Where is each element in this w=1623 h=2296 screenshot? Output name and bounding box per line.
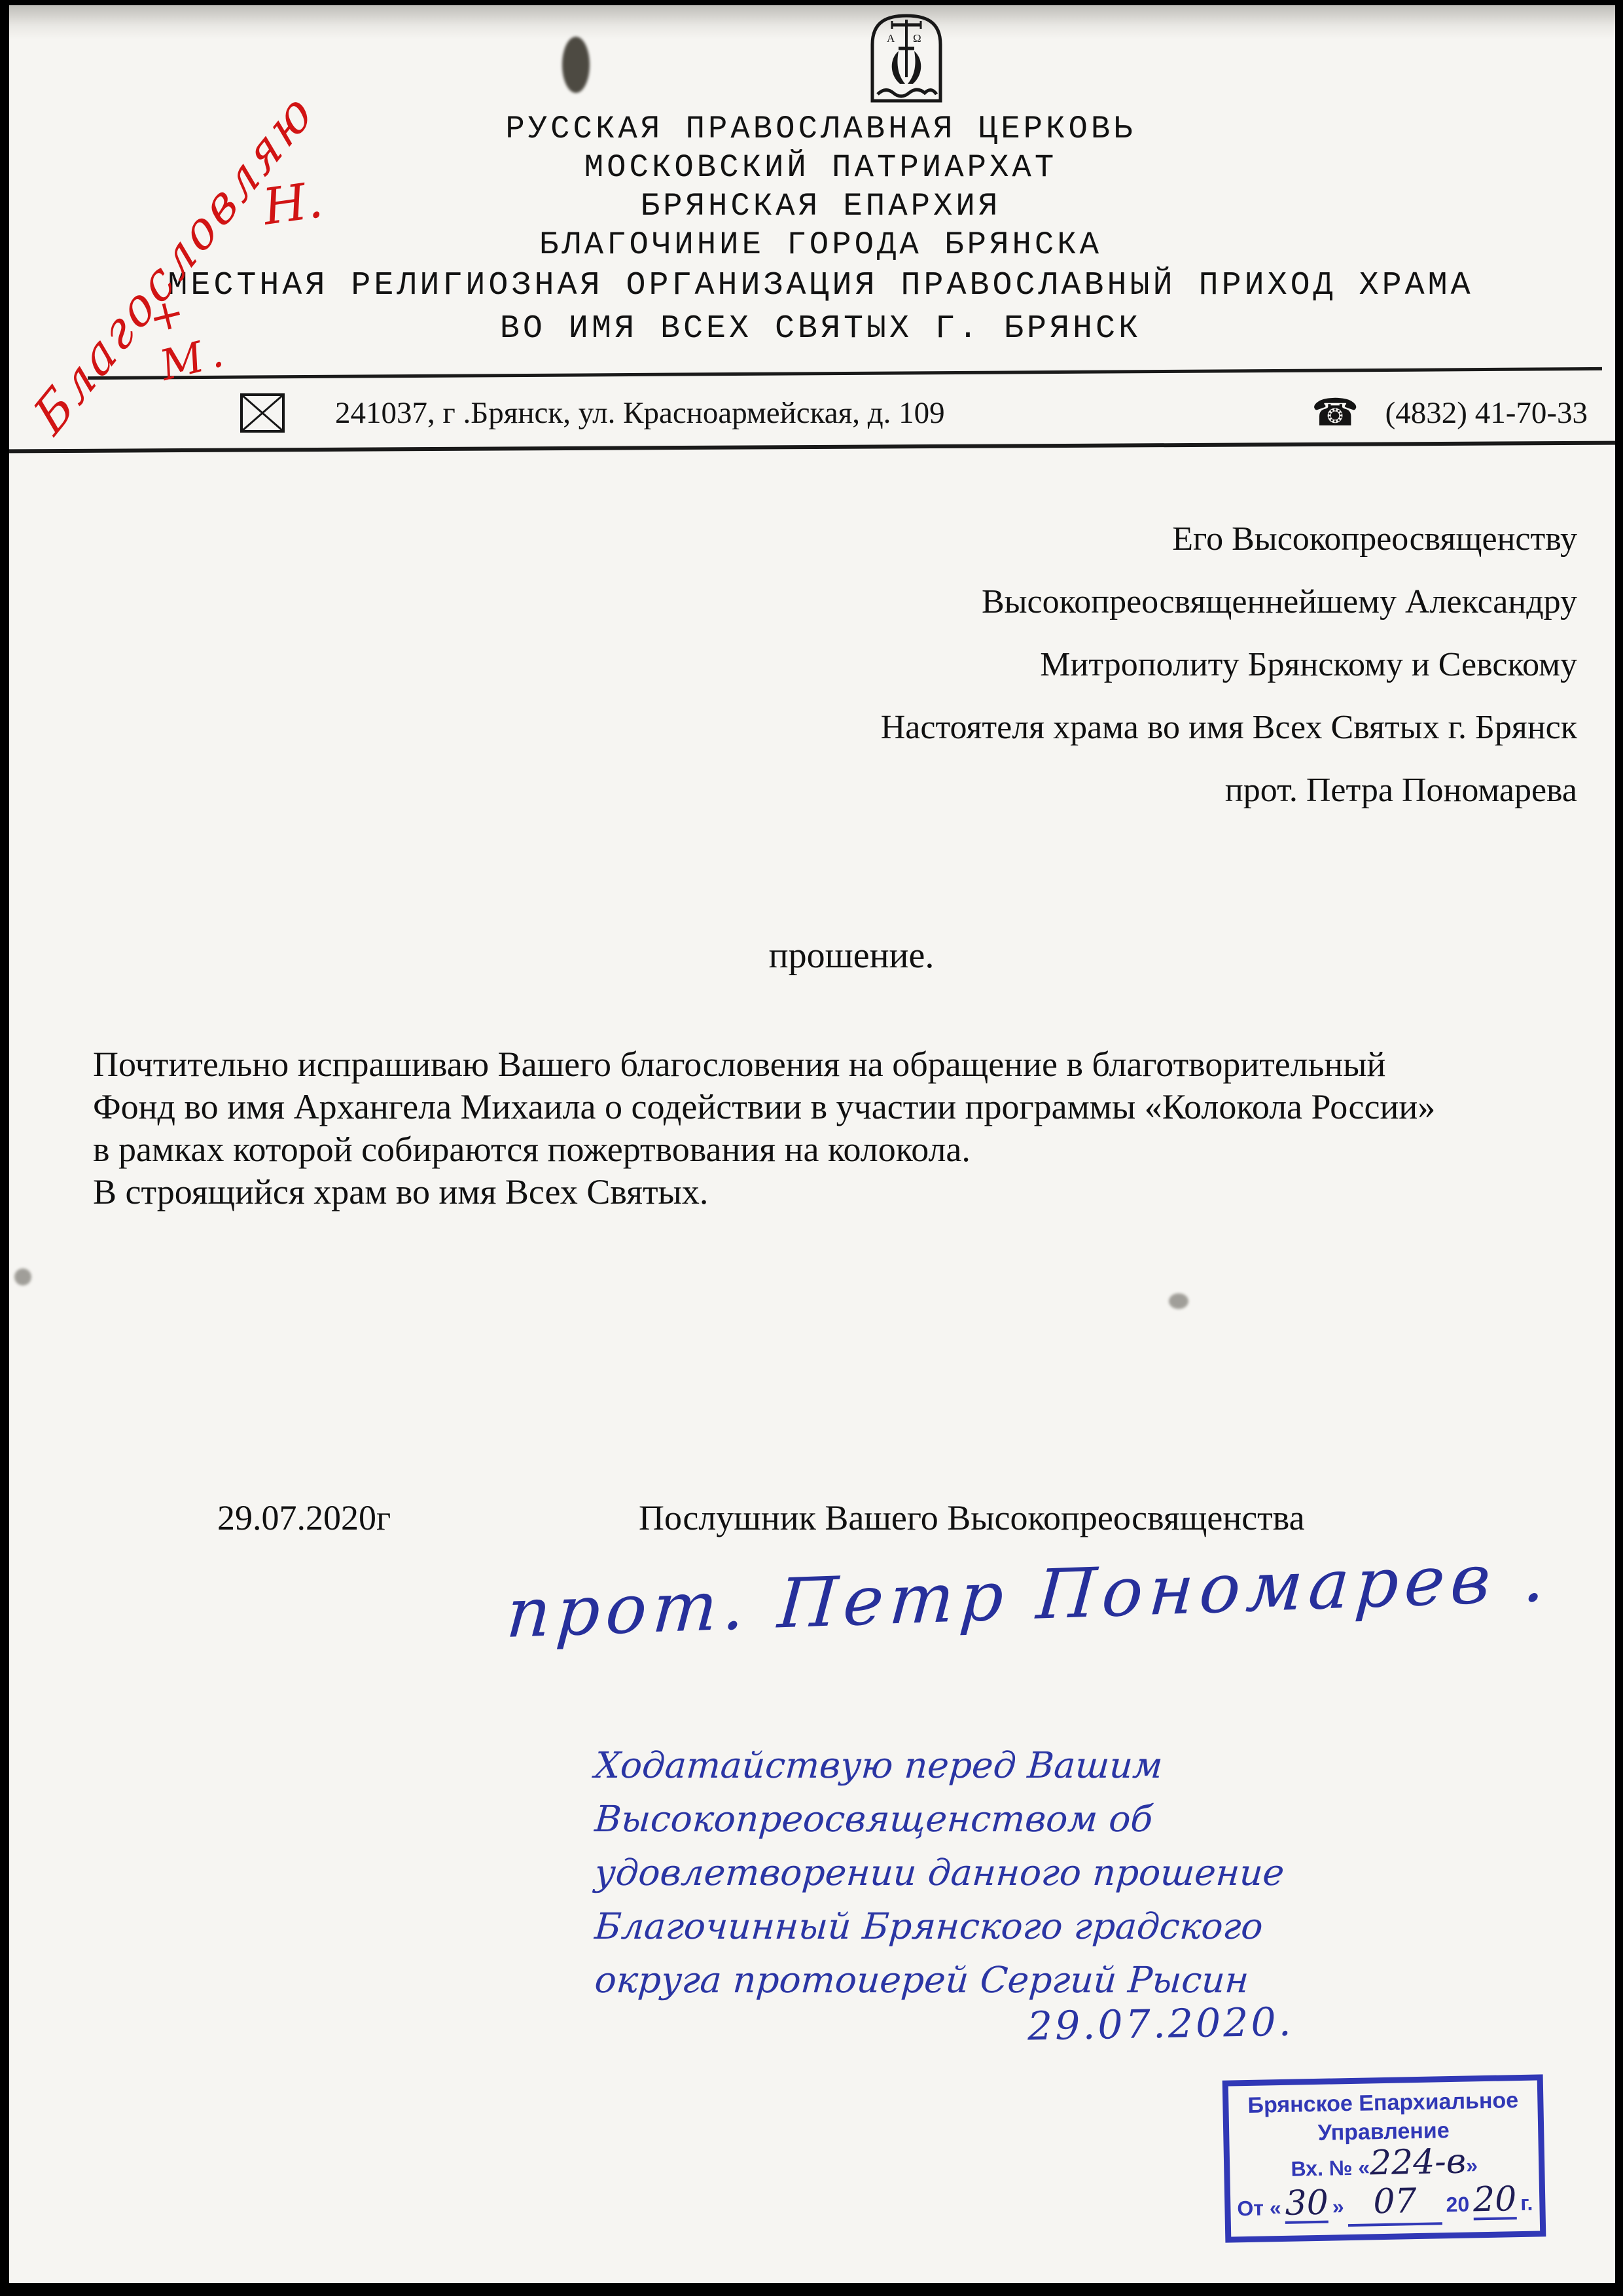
scan-speck	[14, 1268, 31, 1285]
letterhead-line: МЕСТНАЯ РЕЛИГИОЗНАЯ ОРГАНИЗАЦИЯ ПРАВОСЛА…	[101, 264, 1541, 308]
endorsement-line: округа протоиерей Сергий Рысин	[593, 1953, 1286, 2007]
horizontal-rule	[88, 367, 1602, 380]
postal-address: 241037, г .Брянск, ул. Красноармейская, …	[335, 395, 945, 431]
addressee-line: Настоятеля храма во имя Всех Святых г. Б…	[596, 696, 1577, 759]
document-title: прошение.	[9, 935, 1615, 977]
stamp-year-handwritten: 20	[1473, 2181, 1517, 2220]
stamp-in-label: Вх. № «	[1291, 2155, 1370, 2180]
stamp-day-handwritten: 30	[1285, 2185, 1329, 2224]
stamp-in-number-handwritten: 224-в	[1369, 2142, 1466, 2183]
addressee-line: прот. Петра Пономарева	[596, 759, 1577, 822]
endorsement-date: 29.07.2020.	[1027, 1999, 1294, 2049]
phone-number: (4832) 41-70-33	[1385, 395, 1588, 431]
scanned-letter: А Ω РУССКАЯ ПРАВОСЛАВНАЯ ЦЕРКОВЬ МОСКОВС…	[0, 0, 1623, 2296]
stamp-year-suffix: г.	[1520, 2185, 1533, 2221]
resolution-initial-mark: Н.	[259, 170, 326, 236]
stamp-org-line: Брянское Епархиальное	[1235, 2086, 1531, 2121]
diocesan-registration-stamp: Брянское Епархиальное Управление Вх. № «…	[1222, 2074, 1546, 2242]
stamp-date-row: От «30» 07 2020г.	[1237, 2181, 1533, 2229]
letterhead-line: ВО ИМЯ ВСЕХ СВЯТЫХ Г. БРЯНСК	[101, 308, 1541, 351]
stamp-year-printed: 20	[1446, 2187, 1470, 2223]
contact-row: 241037, г .Брянск, ул. Красноармейская, …	[9, 390, 1615, 442]
phone-icon: ☎	[1311, 390, 1359, 435]
endorsement-line: Высокопреосвященством об	[593, 1792, 1286, 1846]
stamp-day-suffix: »	[1332, 2189, 1344, 2224]
church-emblem-icon: А Ω	[867, 12, 946, 103]
stamp-month-handwritten: 07	[1373, 2181, 1417, 2221]
addressee-block: Его Высокопреосвященству Высокопреосвяще…	[596, 508, 1577, 822]
addressee-line: Его Высокопреосвященству	[596, 508, 1577, 571]
petitioner-signature: прот. Петр Пономарев .	[504, 1537, 1554, 1653]
horizontal-rule	[9, 441, 1615, 454]
addressee-line: Митрополиту Брянскому и Севскому	[596, 634, 1577, 696]
signer-title: Послушник Вашего Высокопреосвященства	[639, 1498, 1305, 1538]
body-line: Почтительно испрашиваю Вашего благослове…	[93, 1043, 1618, 1086]
dean-endorsement: Ходатайствую перед Вашим Высокопреосвяще…	[595, 1738, 1284, 2007]
scan-speck	[1169, 1293, 1188, 1309]
scan-speck	[562, 37, 590, 93]
petition-date: 29.07.2020г	[217, 1498, 391, 1538]
endorsement-line: Благочинный Брянского градского	[593, 1899, 1286, 1953]
scan-shadow	[9, 5, 1615, 39]
body-line: В строящийся храм во имя Всех Святых.	[93, 1171, 1618, 1213]
svg-text:А: А	[887, 32, 895, 45]
body-line: Фонд во имя Архангела Михаила о содейств…	[93, 1086, 1618, 1128]
petition-body: Почтительно испрашиваю Вашего благослове…	[93, 1043, 1618, 1213]
svg-text:Ω: Ω	[913, 32, 921, 45]
stamp-from-label: От «	[1237, 2190, 1281, 2226]
stamp-in-suffix: »	[1466, 2153, 1478, 2177]
paper-sheet: А Ω РУССКАЯ ПРАВОСЛАВНАЯ ЦЕРКОВЬ МОСКОВС…	[9, 5, 1615, 2283]
envelope-icon	[240, 393, 285, 433]
body-line: в рамках которой собираются пожертвовани…	[93, 1128, 1618, 1171]
letterhead: РУССКАЯ ПРАВОСЛАВНАЯ ЦЕРКОВЬ МОСКОВСКИЙ …	[101, 110, 1541, 351]
addressee-line: Высокопреосвященнейшему Александру	[596, 571, 1577, 634]
letterhead-line: БЛАГОЧИНИЕ ГОРОДА БРЯНСКА	[101, 226, 1541, 264]
endorsement-line: Ходатайствую перед Вашим	[593, 1738, 1286, 1792]
endorsement-line: удовлетворении данного прошение	[593, 1846, 1286, 1899]
